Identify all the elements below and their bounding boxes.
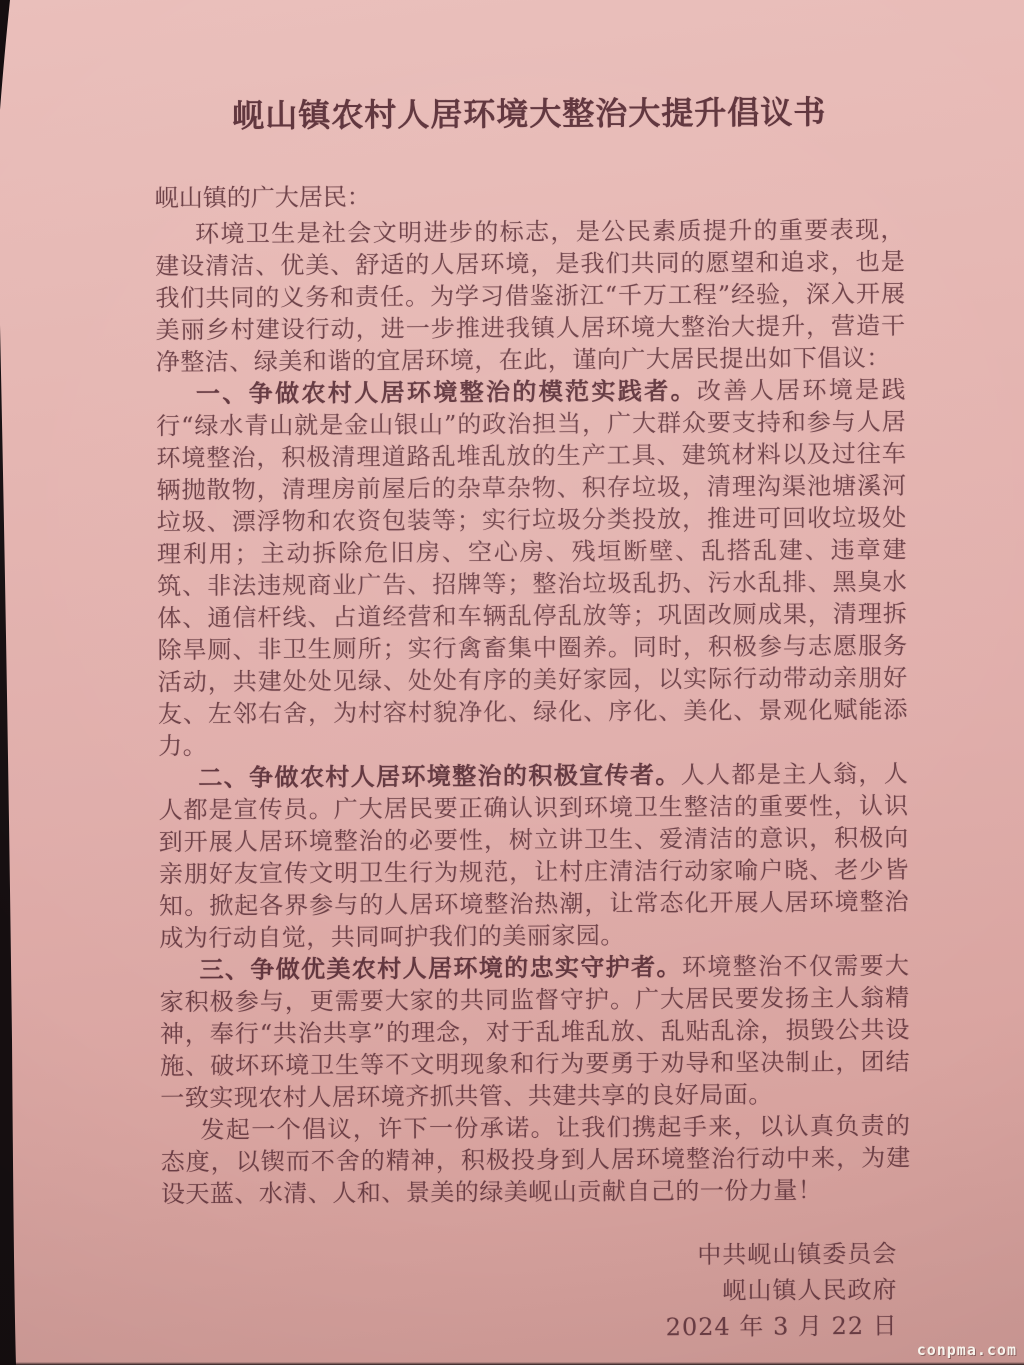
signature-line: 岘山镇人民政府 <box>161 1272 897 1312</box>
paper-edge-shadow <box>0 0 24 1365</box>
signature-line: 2024 年 3 月 22 日 <box>162 1308 898 1348</box>
paragraph-lead: 二、争做农村人居环境整治的积极宣传者。 <box>198 760 681 792</box>
paragraph: 环境卫生是社会文明进步的标志，是公民素质提升的重要表现，建设清洁、优美、舒适的人… <box>155 214 906 379</box>
paragraph-lead: 一、争做农村人居环境整治的模范实践者。 <box>196 376 697 408</box>
watermark: conpma.com <box>917 1341 1017 1359</box>
document-content: 岘山镇农村人居环境大整治大提升倡议书 岘山镇的广大居民： 环境卫生是社会文明进步… <box>154 92 912 1349</box>
paragraph: 一、争做农村人居环境整治的模范实践者。改善人居环境是践行“绿水青山就是金山银山”… <box>156 374 908 763</box>
document-title: 岘山镇农村人居环境大整治大提升倡议书 <box>154 92 904 137</box>
photo-background: 岘山镇农村人居环境大整治大提升倡议书 岘山镇的广大居民： 环境卫生是社会文明进步… <box>0 0 1024 1365</box>
paragraph: 发起一个倡议，许下一份承诺。让我们携起手来，以认真负责的态度，以锲而不舍的精神，… <box>160 1110 911 1211</box>
document-body: 环境卫生是社会文明进步的标志，是公民素质提升的重要表现，建设清洁、优美、舒适的人… <box>155 214 911 1211</box>
salutation: 岘山镇的广大居民： <box>155 178 905 215</box>
paragraph: 三、争做优美农村人居环境的忠实守护者。环境整治不仅需要大家积极参与，更需要大家的… <box>159 950 910 1115</box>
paragraph: 二、争做农村人居环境整治的积极宣传者。人人都是主人翁，人人都是宣传员。广大居民要… <box>158 758 909 955</box>
signature-block: 中共岘山镇委员会岘山镇人民政府2024 年 3 月 22 日 <box>161 1236 912 1349</box>
paragraph-lead: 三、争做优美农村人居环境的忠实守护者。 <box>199 952 682 984</box>
signature-line: 中共岘山镇委员会 <box>161 1236 897 1276</box>
